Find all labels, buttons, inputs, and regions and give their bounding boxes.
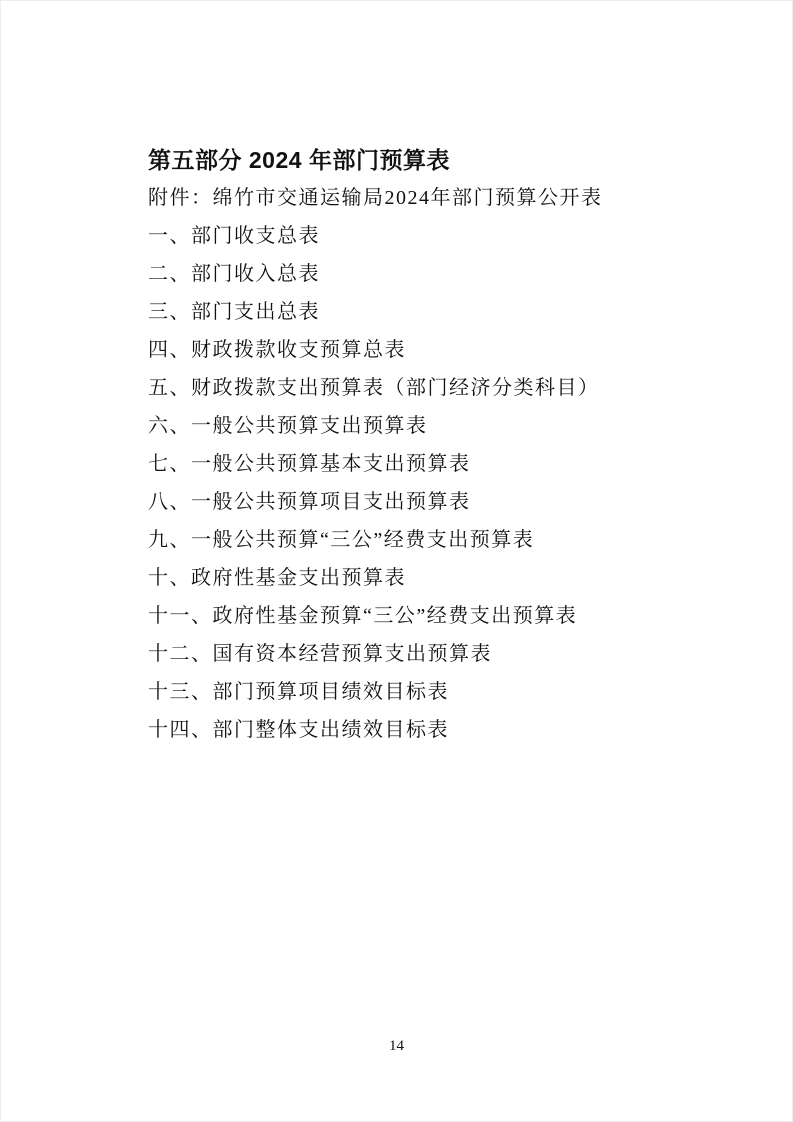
list-item: 十一、政府性基金预算“三公”经费支出预算表: [148, 597, 668, 635]
list-item: 一、部门收支总表: [148, 217, 668, 255]
list-item: 八、一般公共预算项目支出预算表: [148, 483, 668, 521]
attachment-line: 附件：绵竹市交通运输局2024年部门预算公开表: [148, 179, 668, 217]
list-item: 十四、部门整体支出绩效目标表: [148, 711, 668, 749]
list-item: 十、政府性基金支出预算表: [148, 559, 668, 597]
page-number: 14: [1, 1038, 792, 1055]
list-item: 五、财政拨款支出预算表（部门经济分类科目）: [148, 369, 668, 407]
section-title: 第五部分 2024 年部门预算表: [148, 141, 668, 179]
list-item: 三、部门支出总表: [148, 293, 668, 331]
document-content: 第五部分 2024 年部门预算表 附件：绵竹市交通运输局2024年部门预算公开表…: [148, 141, 668, 749]
list-item: 十三、部门预算项目绩效目标表: [148, 673, 668, 711]
list-item: 六、一般公共预算支出预算表: [148, 407, 668, 445]
list-item: 七、一般公共预算基本支出预算表: [148, 445, 668, 483]
list-item: 九、一般公共预算“三公”经费支出预算表: [148, 521, 668, 559]
list-item: 十二、国有资本经营预算支出预算表: [148, 635, 668, 673]
list-item: 二、部门收入总表: [148, 255, 668, 293]
document-page: 第五部分 2024 年部门预算表 附件：绵竹市交通运输局2024年部门预算公开表…: [0, 0, 793, 1122]
list-item: 四、财政拨款收支预算总表: [148, 331, 668, 369]
